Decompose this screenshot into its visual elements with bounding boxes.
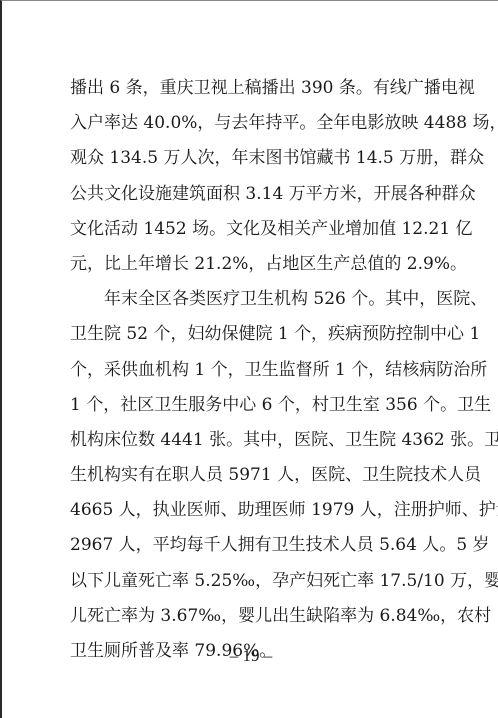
text-line: 2967 人，平均每千人拥有卫生技术人员 5.64 人。5 岁 [70, 528, 438, 563]
text-line: 年末全区各类医疗卫生机构 526 个。其中，医院、 [70, 282, 438, 317]
text-line: 观众 134.5 万人次，年末图书馆藏书 14.5 万册，群众 [70, 141, 438, 176]
text-line: 1 个，社区卫生服务中心 6 个，村卫生室 356 个。卫生 [70, 388, 438, 423]
text-line: 4665 人，执业医师、助理医师 1979 人，注册护师、护士 [70, 493, 438, 528]
text-line: 文化活动 1452 场。文化及相关产业增加值 12.21 亿 [70, 212, 438, 247]
text-line: 机构床位数 4441 张。其中，医院、卫生院 4362 张。卫 [70, 423, 438, 458]
document-page: 播出 6 条，重庆卫视上稿播出 390 条。有线广播电视 入户率达 40.0%，… [0, 0, 498, 718]
text-line: 入户率达 40.0%，与去年持平。全年电影放映 4488 场， [70, 106, 438, 141]
text-line: 元，比上年增长 21.2%，占地区生产总值的 2.9%。 [70, 247, 438, 282]
text-line: 卫生院 52 个，妇幼保健院 1 个，疾病预防控制中心 1 [70, 317, 438, 352]
text-line: 生机构实有在职人员 5971 人，医院、卫生院技术人员 [70, 458, 438, 493]
text-line: 公共文化设施建筑面积 3.14 万平方米，开展各种群众 [70, 177, 438, 212]
text-line: 个，采供血机构 1 个，卫生监督所 1 个，结核病防治所 [70, 353, 438, 388]
page-number: – 19 – [2, 646, 498, 666]
text-line: 儿死亡率为 3.67‰，婴儿出生缺陷率为 6.84‰，农村 [70, 599, 438, 634]
page-body: 播出 6 条，重庆卫视上稿播出 390 条。有线广播电视 入户率达 40.0%，… [70, 71, 438, 669]
text-line: 播出 6 条，重庆卫视上稿播出 390 条。有线广播电视 [70, 71, 438, 106]
text-line: 以下儿童死亡率 5.25‰，孕产妇死亡率 17.5/10 万，婴 [70, 564, 438, 599]
